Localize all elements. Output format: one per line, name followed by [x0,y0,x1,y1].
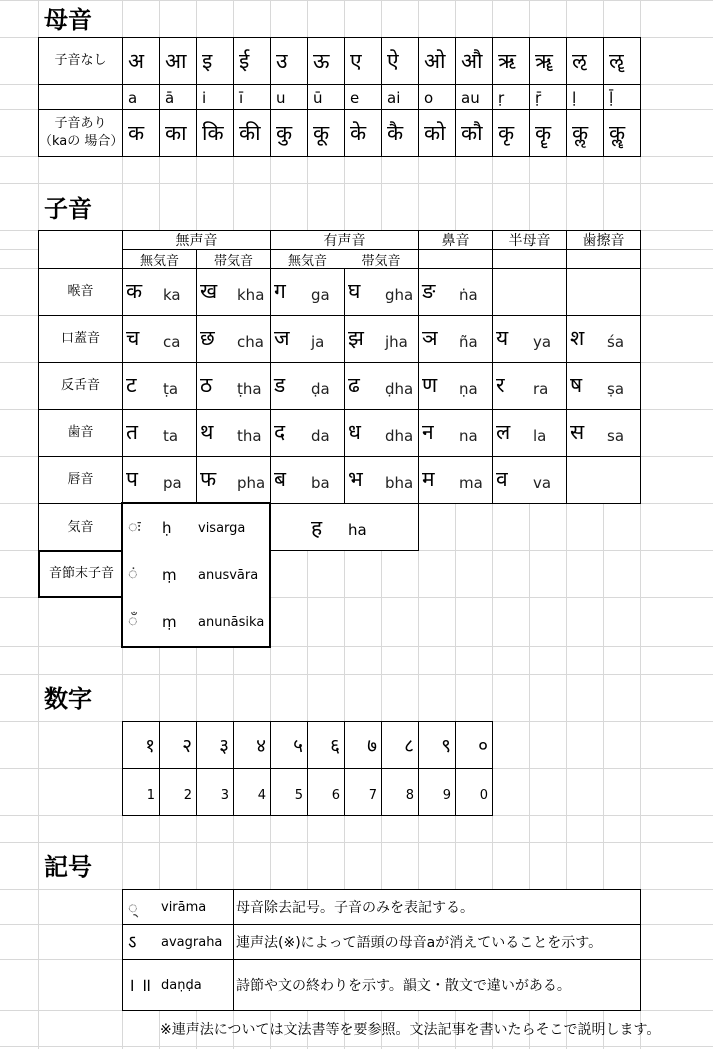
devanagari-glyph: ड [274,371,285,399]
vowel-with-ka: को [418,109,456,157]
transliteration: pa [163,474,182,492]
numeral-arabic: 5 [270,768,308,816]
anusvara-glyph: ◌ं [128,562,138,584]
sub-header-aspirated: 帯気音 [196,249,271,269]
consonant-cell: वva [492,456,567,504]
virama-description: 母音除去記号。子音のみを表記する。 [233,889,641,925]
transliteration: da [311,427,330,445]
vowel-with-ka: का [159,109,197,157]
vowel-independent: ॡ [603,37,641,85]
special-anunasika: ◌ँ ṃ anunāsika [122,597,271,647]
transliteration: tha [237,427,262,445]
devanagari-glyph: ञ [422,324,438,352]
row-label-palatal: 口蓋音 [38,315,123,363]
vowel-independent: अ [122,37,160,85]
devanagari-glyph: ष [570,371,582,399]
vowel-independent: ऐ [381,37,419,85]
consonant-cell: कka [122,268,197,316]
devanagari-glyph: ट [126,371,137,399]
consonant-cell: ढḍha [344,362,419,410]
transliteration: ha [348,521,367,539]
vowel-romanization: ṛ [492,84,530,110]
virama-glyph: ◌् [122,889,160,925]
transliteration: ña [459,333,478,351]
sub-header-empty [566,249,641,269]
consonant-cell: पpa [122,456,197,504]
row-label-dental: 歯音 [38,409,123,457]
anusvara-name: anusvāra [198,568,258,583]
consonant-cell: णṇa [418,362,493,410]
consonant-cell: गga [270,268,345,316]
transliteration: ṭa [163,380,178,398]
anunasika-glyph: ◌ँ [128,609,138,631]
consonant-cell: खkha [196,268,271,316]
numeral-arabic: 8 [381,768,419,816]
vowel-romanization: e [344,84,382,110]
vowel-with-ka: कृ [492,109,530,157]
transliteration: va [533,474,551,492]
vowel-with-ka: के [344,109,382,157]
vowel-with-ka: कु [270,109,308,157]
devanagari-glyph: थ [200,418,213,446]
numeral-devanagari: १ [122,721,160,769]
vowel-romanization: i [196,84,234,110]
group-header-semivowel: 半母音 [492,230,567,250]
transliteration: ka [163,286,181,304]
danda-name: daṇḍa [159,959,234,1011]
numeral-arabic: 9 [418,768,456,816]
transliteration: ḍa [311,380,330,398]
symbols-title: 記号 [44,855,92,879]
devanagari-glyph: क [126,277,142,305]
devanagari-glyph: च [126,324,139,352]
vowel-romanization: ā [159,84,197,110]
transliteration: pha [237,474,265,492]
vowel-romanization: u [270,84,308,110]
consonant-cell-ha: ह ha [270,503,419,551]
consonant-cell: नna [418,409,493,457]
consonant-cell: घgha [344,268,419,316]
devanagari-glyph: स [570,418,584,446]
transliteration: ra [533,380,548,398]
transliteration: kha [237,286,264,304]
numeral-devanagari: ० [455,721,493,769]
devanagari-glyph: ण [422,371,437,399]
transliteration: la [533,427,546,445]
devanagari-glyph: य [496,324,508,352]
devanagari-glyph: ब [274,465,286,493]
group-header-voiced: 有声音 [270,230,419,250]
consonant-cell: छcha [196,315,271,363]
numeral-arabic: 6 [307,768,345,816]
avagraha-name: avagraha [159,924,234,960]
consonant-cell: ठṭha [196,362,271,410]
transliteration: ga [311,286,330,304]
consonants-title: 子音 [44,197,92,221]
vowel-independent: ऌ [566,37,604,85]
vowel-independent: औ [455,37,493,85]
row-label-with-ka-line1: 子音あり [54,115,106,133]
devanagari-glyph: ठ [200,371,212,399]
transliteration: gha [385,286,413,304]
consonant-cell: रra [492,362,567,410]
devanagari-glyph: ख [200,277,217,305]
special-visarga: ◌ः ḥ visarga [122,503,271,551]
visarga-name: visarga [198,521,245,536]
vowel-romanization: ḹ [603,84,641,110]
transliteration: ja [311,333,324,351]
consonant-cell: भbha [344,456,419,504]
vowel-independent: ऋ [492,37,530,85]
devanagari-glyph: र [496,371,505,399]
row-label-labial: 唇音 [38,456,123,504]
group-header-voiceless: 無声音 [122,230,271,250]
transliteration: cha [237,333,264,351]
devanagari-glyph: म [422,465,435,493]
row-label-retroflex: 反舌音 [38,362,123,410]
vowel-romanization: au [455,84,493,110]
vowels-title: 母音 [44,8,92,32]
transliteration: dha [385,427,413,445]
row-label-aspirate: 気音 [38,503,123,551]
vowel-independent: ऊ [307,37,345,85]
consonant-cell: डḍa [270,362,345,410]
numeral-devanagari: २ [159,721,197,769]
transliteration: bha [385,474,413,492]
vowel-with-ka: की [233,109,271,157]
vowel-romanization: o [418,84,456,110]
consonant-cell: जja [270,315,345,363]
row-label-empty [38,84,123,110]
header-corner [38,230,123,269]
devanagari-glyph: ङ [422,277,435,305]
row-label-syllable-final: 音節末子音 [38,550,123,598]
vowel-independent: उ [270,37,308,85]
vowel-independent: ओ [418,37,456,85]
anunasika-translit: ṃ [162,613,177,631]
numeral-devanagari: ४ [233,721,271,769]
transliteration: jha [385,333,408,351]
sub-header-unaspirated: 無気音 [270,249,345,269]
numeral-devanagari: ३ [196,721,234,769]
consonant-cell: झjha [344,315,419,363]
sub-header-empty [492,249,567,269]
danda-glyph: । ॥ [122,959,160,1011]
devanagari-glyph: श [570,324,584,352]
consonant-cell [566,456,641,504]
vowel-romanization: ū [307,84,345,110]
transliteration: ba [311,474,330,492]
numeral-arabic: 1 [122,768,160,816]
transliteration: ma [459,474,483,492]
danda-description: 詩節や文の終わりを示す。韻文・散文で違いがある。 [233,959,641,1011]
transliteration: ta [163,427,178,445]
numerals-title: 数字 [44,687,92,711]
vowel-independent: इ [196,37,234,85]
devanagari-glyph: त [126,418,138,446]
consonant-cell: टṭa [122,362,197,410]
devanagari-glyph: ढ [348,371,360,399]
numeral-arabic: 7 [344,768,382,816]
devanagari-glyph: ध [348,418,361,446]
vowel-with-ka: कै [381,109,419,157]
devanagari-glyph: फ [200,465,216,493]
devanagari-glyph: व [496,465,508,493]
numeral-devanagari: ८ [381,721,419,769]
sub-header-empty [418,249,493,269]
devanagari-glyph: घ [348,277,360,305]
devanagari-glyph: द [274,418,285,446]
devanagari-glyph: छ [200,324,215,352]
vowel-romanization: ai [381,84,419,110]
vowel-romanization: ī [233,84,271,110]
consonant-cell: ञña [418,315,493,363]
transliteration: sa [607,427,624,445]
transliteration: śa [607,333,624,351]
consonant-cell: थtha [196,409,271,457]
sub-header-aspirated: 帯気音 [344,249,419,269]
row-label-with-ka-line2: （kaの 場合） [39,133,122,151]
vowel-with-ka: कॣ [603,109,641,157]
devanagari-glyph: भ [348,465,363,493]
transliteration: ṅa [459,286,478,304]
consonant-cell [492,268,567,316]
consonant-cell: लla [492,409,567,457]
numeral-arabic: 2 [159,768,197,816]
group-header-nasal: 鼻音 [418,230,493,250]
transliteration: na [459,427,478,445]
vowel-with-ka: कू [307,109,345,157]
consonant-cell: धdha [344,409,419,457]
avagraha-description: 連声法(※)によって語頭の母音aが消えていることを示す。 [233,924,641,960]
vowel-with-ka: क [122,109,160,157]
visarga-translit: ḥ [162,519,172,537]
transliteration: ṣa [607,380,624,398]
numeral-arabic: 0 [455,768,493,816]
row-label-with-ka: 子音あり （kaの 場合） [38,109,123,157]
consonant-cell: चca [122,315,197,363]
consonant-cell: यya [492,315,567,363]
consonant-cell: मma [418,456,493,504]
group-header-sibilant: 歯擦音 [566,230,641,250]
consonant-cell [566,268,641,316]
vowel-romanization: a [122,84,160,110]
avagraha-glyph: ऽ [122,924,160,960]
consonant-cell: शśa [566,315,641,363]
devanagari-glyph: प [126,465,138,493]
visarga-glyph: ◌ः [128,515,141,537]
virama-name: virāma [159,889,234,925]
devanagari-glyph: ल [496,418,510,446]
vowel-with-ka: कॢ [566,109,604,157]
consonant-cell: फpha [196,456,271,504]
transliteration: ṇa [459,380,478,398]
consonant-cell: षṣa [566,362,641,410]
devanagari-glyph: ज [274,324,290,352]
anusvara-translit: ṃ [162,566,177,584]
devanagari-glyph: ग [274,277,286,305]
numeral-arabic: 4 [233,768,271,816]
vowel-independent: ए [344,37,382,85]
numeral-devanagari: ९ [418,721,456,769]
devanagari-glyph: झ [348,324,364,352]
numeral-devanagari: ६ [307,721,345,769]
special-anusvara: ◌ं ṃ anusvāra [122,550,271,598]
anunasika-name: anunāsika [198,615,264,630]
devanagari-glyph: ह [311,514,322,542]
row-label-velar: 喉音 [38,268,123,316]
transliteration: ḍha [385,380,413,398]
consonant-cell: दda [270,409,345,457]
footnote: ※連声法については文法書等を要参照。文法記事を書いたらそこで説明します。 [160,1019,660,1039]
vowel-romanization: ḷ [566,84,604,110]
consonant-cell: बba [270,456,345,504]
vowel-romanization: ṝ [529,84,567,110]
row-label-independent: 子音なし [38,37,123,85]
vowel-independent: आ [159,37,197,85]
consonant-cell: ङṅa [418,268,493,316]
sub-header-unaspirated: 無気音 [122,249,197,269]
consonant-cell: तta [122,409,197,457]
vowel-with-ka: कॄ [529,109,567,157]
transliteration: ca [163,333,180,351]
numeral-devanagari: ७ [344,721,382,769]
transliteration: ya [533,333,551,351]
consonant-cell: सsa [566,409,641,457]
vowel-independent: ई [233,37,271,85]
devanagari-glyph: न [422,418,434,446]
vowel-with-ka: कि [196,109,234,157]
vowel-independent: ॠ [529,37,567,85]
numeral-arabic: 3 [196,768,234,816]
transliteration: ṭha [237,380,262,398]
numeral-devanagari: ५ [270,721,308,769]
vowel-with-ka: कौ [455,109,493,157]
